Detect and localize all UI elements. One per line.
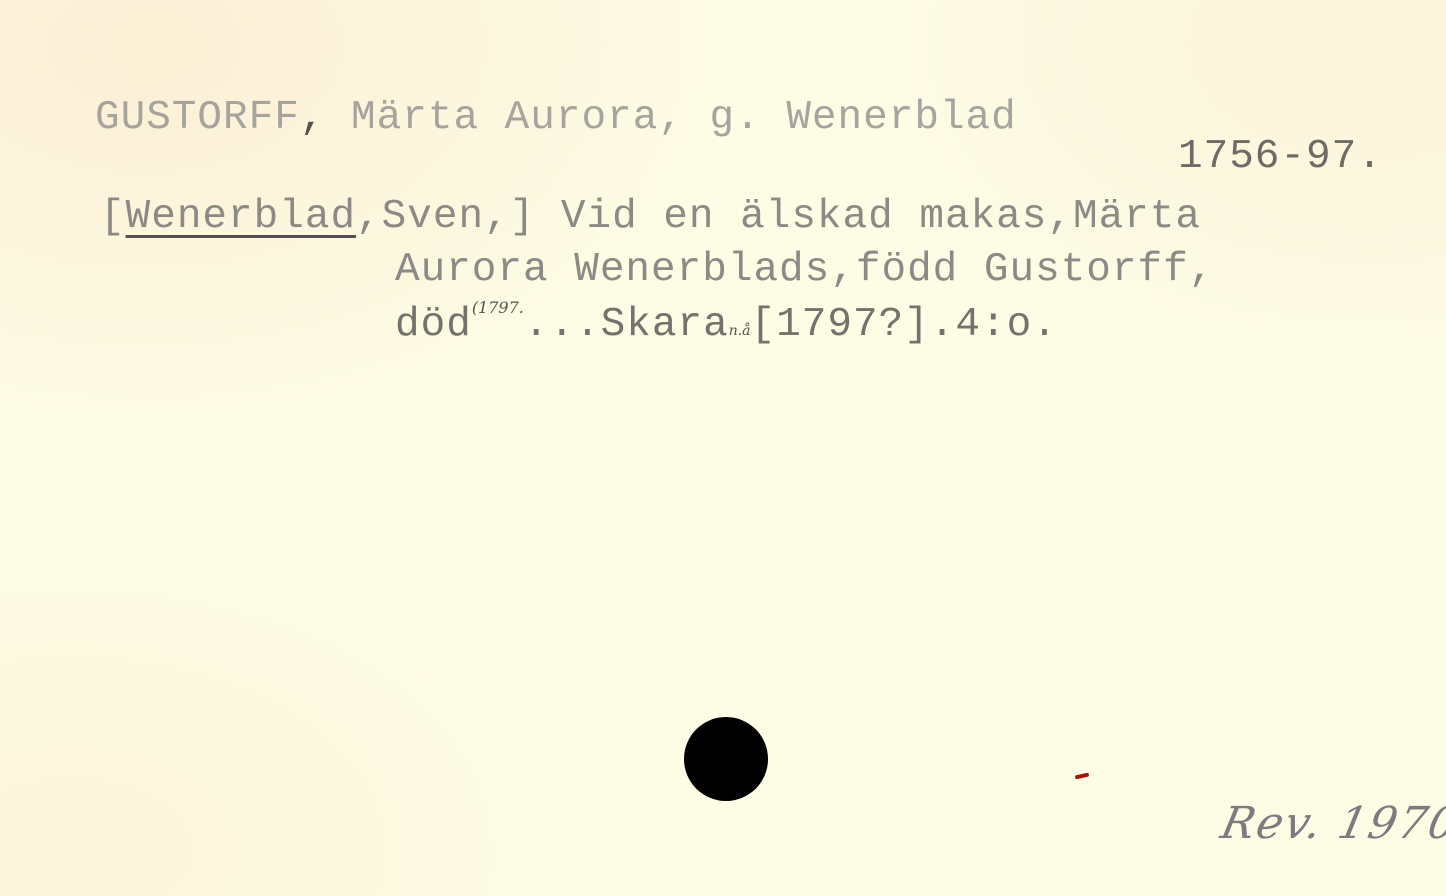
red-ink-mark xyxy=(1075,773,1090,780)
line3-dots: ... xyxy=(524,302,601,348)
heading-dates: 1756-97. xyxy=(1178,137,1383,178)
heading-surname: GUSTORFF xyxy=(95,95,300,141)
heading-given-names: Märta Aurora, g. Wenerblad xyxy=(325,95,1016,141)
author-rest: ,Sven,] Vid en älskad makas,Märta xyxy=(356,194,1201,240)
format: .4:o. xyxy=(930,302,1058,348)
handwritten-year-annotation: (1797. xyxy=(472,298,524,317)
revision-note: Rev. 1970 xyxy=(1217,798,1446,849)
line3-start: död xyxy=(395,302,472,348)
handwritten-place-annotation: n.å xyxy=(729,323,751,339)
entry-line-2: Aurora Wenerblads,född Gustorff, xyxy=(395,250,1214,291)
entry-line-3: död(1797....Skaran.å[1797?].4:o. xyxy=(395,300,1058,346)
bracket-open: [ xyxy=(100,194,126,240)
author-surname: Wenerblad xyxy=(126,194,356,240)
heading-comma: , xyxy=(300,95,326,141)
entry-line-1: [Wenerblad,Sven,] Vid en älskad makas,Mä… xyxy=(100,197,1201,238)
place: Skara xyxy=(601,302,729,348)
card-heading: GUSTORFF, Märta Aurora, g. Wenerblad xyxy=(95,98,1017,139)
year: [1797?] xyxy=(751,302,930,348)
punch-hole xyxy=(684,717,768,801)
catalog-card: GUSTORFF, Märta Aurora, g. Wenerblad 175… xyxy=(0,0,1446,896)
